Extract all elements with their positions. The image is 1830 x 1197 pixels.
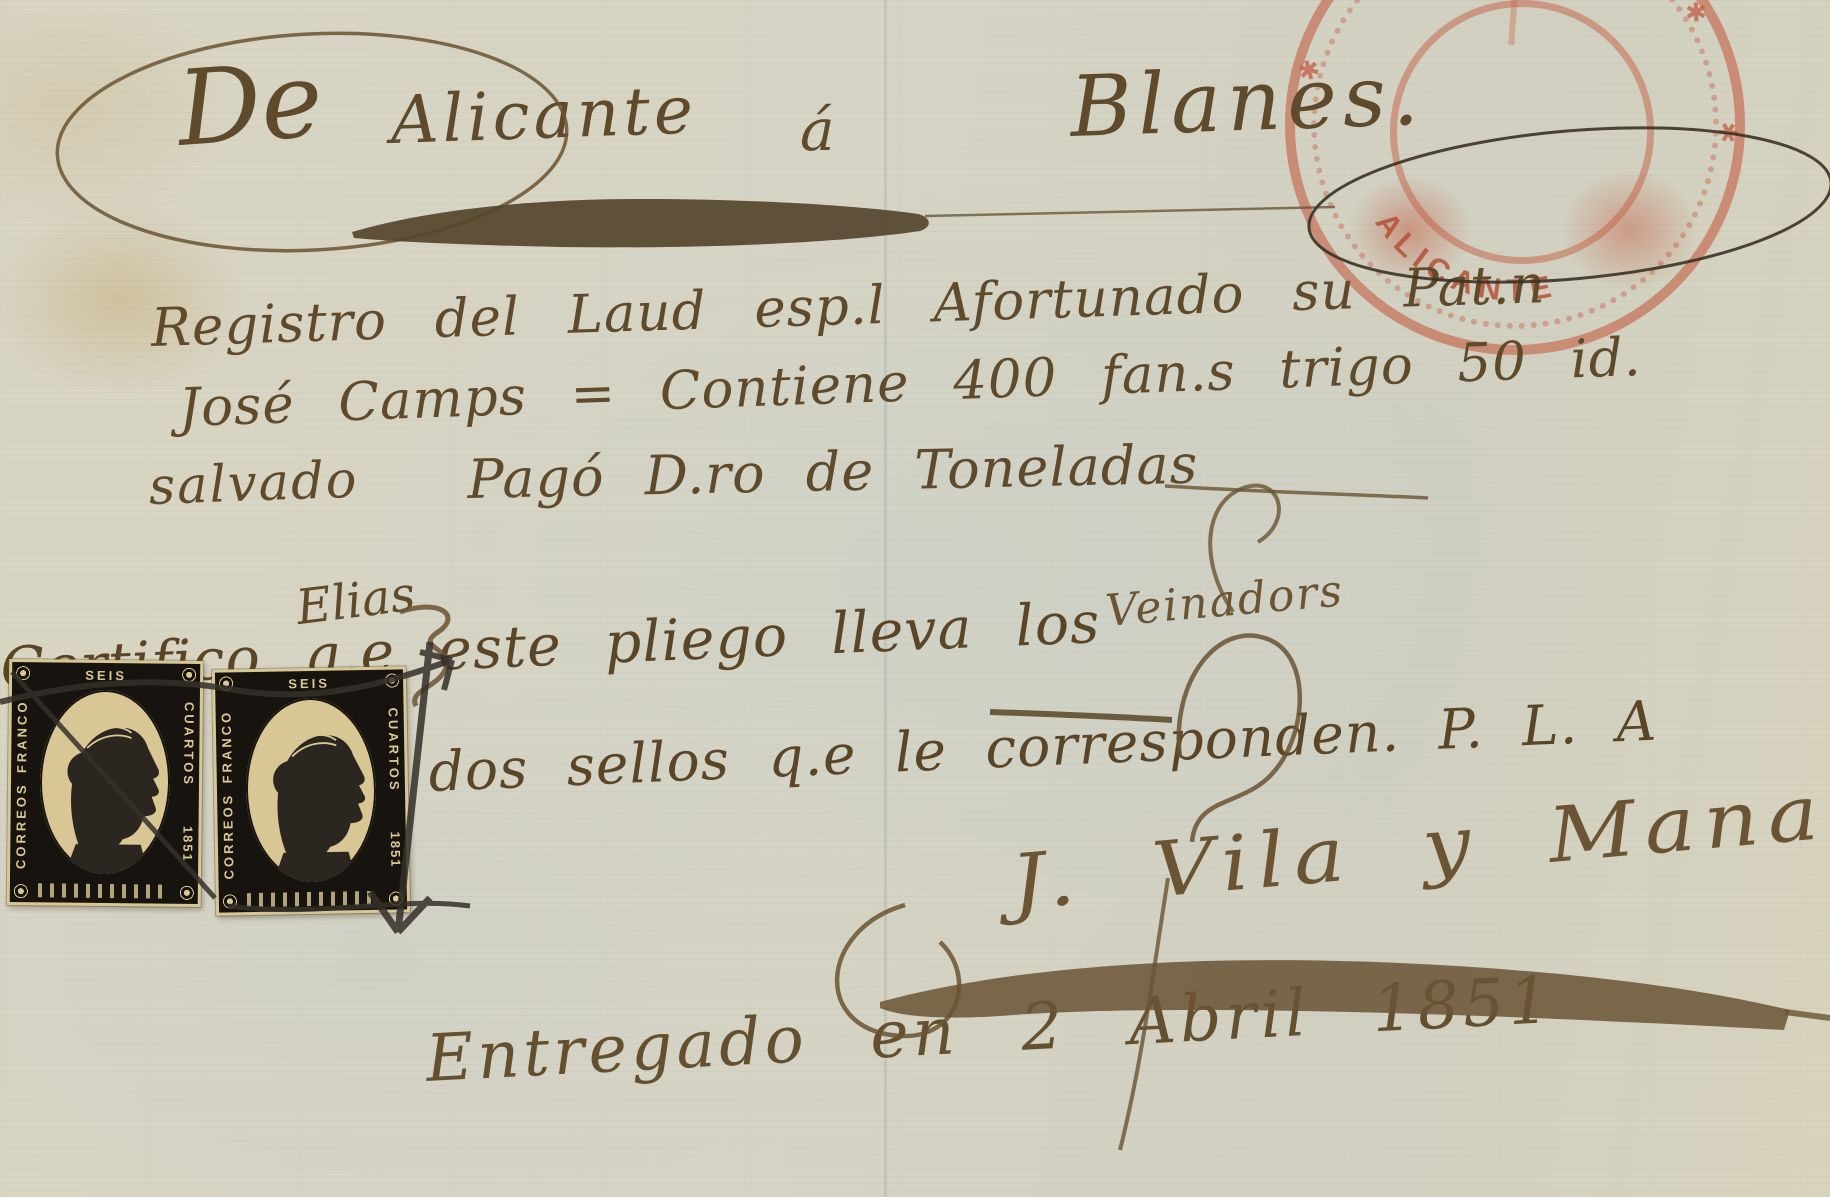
certify-line-2: dos sellos q.e le corresponden. P. L. A [427, 689, 1658, 804]
signature-vila: J. Vila y Mana [1007, 767, 1830, 927]
stamp-label-correos: CORREOS [13, 778, 29, 874]
stamp-frame: SEIS FRANCO CORREOS CUARTOS 1851 [215, 669, 407, 912]
stamp-bottom-ornament [247, 891, 379, 907]
scanned-postal-document: { "route": { "de": "De", "origin": "Alic… [0, 0, 1830, 1197]
delivery-dateline: Entregado en 2 Abril 1851 [424, 963, 1555, 1097]
stamp-corner-rosette-icon [179, 665, 199, 685]
stamp-corner-rosette-icon [220, 891, 240, 911]
stamp-label-cuartos: CUARTOS [385, 695, 402, 805]
stamp-corner-rosette-icon [386, 888, 406, 908]
stamp-label-seis: SEIS [40, 667, 172, 683]
stamp-corner-rosette-icon [11, 881, 31, 901]
stamp-portrait-oval [39, 689, 171, 874]
route-destination: Blanes. [1069, 46, 1427, 156]
route-word-de: De [173, 38, 326, 170]
stamp-label-year: 1851 [180, 812, 196, 876]
stamp-bottom-ornament [38, 883, 170, 898]
stamp-label-franco: FRANCO [14, 688, 30, 784]
stamp-portrait-oval [244, 697, 377, 883]
stamp-corner-rosette-icon [177, 883, 197, 903]
stamp-seis-cuartos-right: SEIS FRANCO CORREOS CUARTOS 1851 [212, 666, 410, 915]
rubric-veinadors: Veinadors [1104, 565, 1346, 637]
registry-line-3-pago: Pagó D.ro de Toneladas [467, 433, 1199, 511]
stamp-label-franco: FRANCO [218, 698, 235, 794]
stamp-corner-rosette-icon [13, 663, 33, 683]
route-preposition: á [800, 96, 835, 164]
stamp-seis-cuartos-left: SEIS FRANCO CORREOS CUARTOS 1851 [7, 659, 204, 907]
route-origin: Alicante [389, 71, 698, 159]
registry-line-3-salvado: salvado [148, 451, 359, 517]
stamp-label-correos: CORREOS [220, 788, 237, 884]
stamp-corner-rosette-icon [382, 670, 402, 690]
stamp-label-seis: SEIS [243, 675, 375, 692]
stamp-corner-rosette-icon [216, 673, 236, 693]
isabella-profile-icon [244, 697, 377, 883]
stamp-label-year: 1851 [387, 817, 403, 881]
isabella-profile-icon [39, 689, 171, 874]
route-ink-smear [352, 199, 1335, 247]
stamp-label-cuartos: CUARTOS [181, 690, 197, 800]
stamp-frame: SEIS FRANCO CORREOS CUARTOS 1851 [10, 662, 201, 904]
